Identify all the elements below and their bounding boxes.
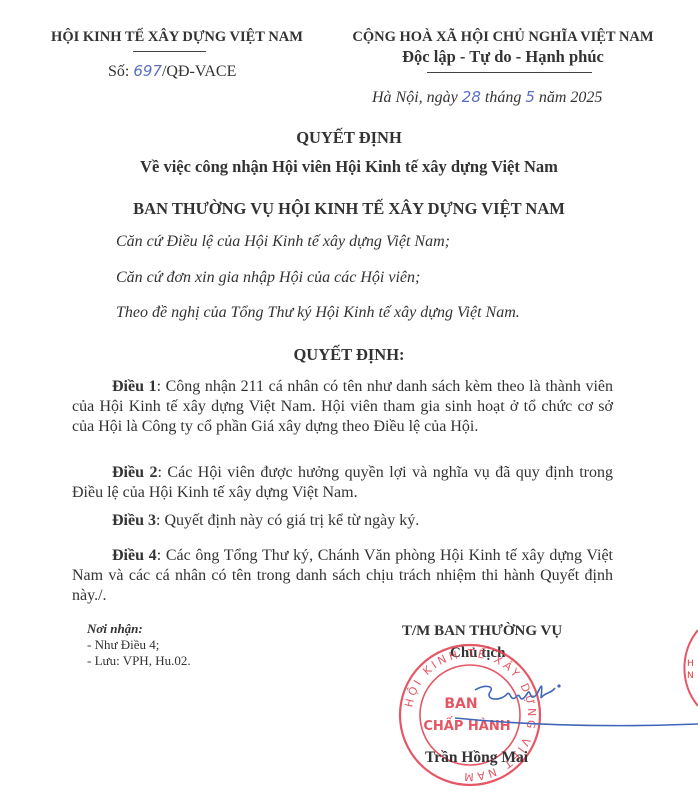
handwritten-month: 5 bbox=[525, 88, 535, 106]
place-date: Hà Nội, ngày 28 tháng 5 năm 2025 bbox=[372, 88, 602, 107]
organization-underline bbox=[133, 51, 206, 52]
article-3: Điều 3: Quyết định này có giá trị kể từ … bbox=[72, 511, 613, 531]
article-4: Điều 4: Các ông Tổng Thư ký, Chánh Văn p… bbox=[72, 546, 613, 606]
article-2: Điều 2: Các Hội viên được hưởng quyền lợ… bbox=[72, 463, 613, 503]
national-motto: Độc lập - Tự do - Hạnh phúc bbox=[348, 47, 658, 67]
decision-heading: QUYẾT ĐỊNH: bbox=[0, 345, 698, 365]
national-title: CỘNG HOÀ XÃ HỘI CHỦ NGHĨA VIỆT NAM bbox=[348, 29, 658, 46]
recipient-item: - Lưu: VPH, Hu.02. bbox=[87, 653, 191, 669]
document-number-suffix: /QĐ-VACE bbox=[162, 63, 236, 80]
document-subtitle: Về việc công nhận Hội viên Hội Kinh tế x… bbox=[0, 157, 698, 177]
legal-basis-item: Theo đề nghị của Tổng Thư ký Hội Kinh tế… bbox=[116, 304, 520, 322]
year-text: năm 2025 bbox=[535, 89, 603, 106]
recipient-item: - Như Điều 4; bbox=[87, 637, 191, 653]
issuing-authority: BAN THƯỜNG VỤ HỘI KINH TẾ XÂY DỰNG VIỆT … bbox=[0, 199, 698, 219]
recipients-block: Nơi nhận: - Như Điều 4; - Lưu: VPH, Hu.0… bbox=[87, 621, 191, 669]
article-label: Điều 2 bbox=[112, 464, 158, 481]
svg-text:H: H bbox=[687, 659, 694, 669]
article-label: Điều 4 bbox=[112, 547, 157, 564]
document-number: Số: 697/QĐ-VACE bbox=[108, 62, 236, 81]
legal-basis-item: Căn cứ Điều lệ của Hội Kinh tế xây dựng … bbox=[116, 233, 450, 251]
recipients-heading: Nơi nhận: bbox=[87, 621, 191, 637]
handwritten-signature-icon bbox=[455, 672, 698, 742]
article-label: Điều 1 bbox=[112, 378, 157, 395]
document-title: QUYẾT ĐỊNH bbox=[0, 128, 698, 148]
date-prefix: Hà Nội, ngày bbox=[372, 89, 462, 106]
organization-name: HỘI KINH TẾ XÂY DỰNG VIỆT NAM bbox=[44, 29, 310, 46]
handwritten-number: 697 bbox=[133, 62, 162, 80]
article-text: : Quyết định này có giá trị kể từ ngày k… bbox=[156, 512, 419, 529]
article-1: Điều 1: Công nhận 211 cá nhân có tên như… bbox=[72, 377, 613, 437]
motto-underline bbox=[427, 72, 592, 73]
article-label: Điều 3 bbox=[112, 512, 156, 529]
month-prefix: tháng bbox=[481, 89, 525, 106]
handwritten-day: 28 bbox=[462, 88, 481, 106]
signature-on-behalf: T/M BAN THƯỜNG VỤ bbox=[402, 623, 562, 640]
document-number-prefix: Số: bbox=[108, 63, 133, 80]
legal-basis-item: Căn cứ đơn xin gia nhập Hội của các Hội … bbox=[116, 269, 420, 287]
signer-name: Trần Hồng Mai bbox=[425, 749, 528, 767]
